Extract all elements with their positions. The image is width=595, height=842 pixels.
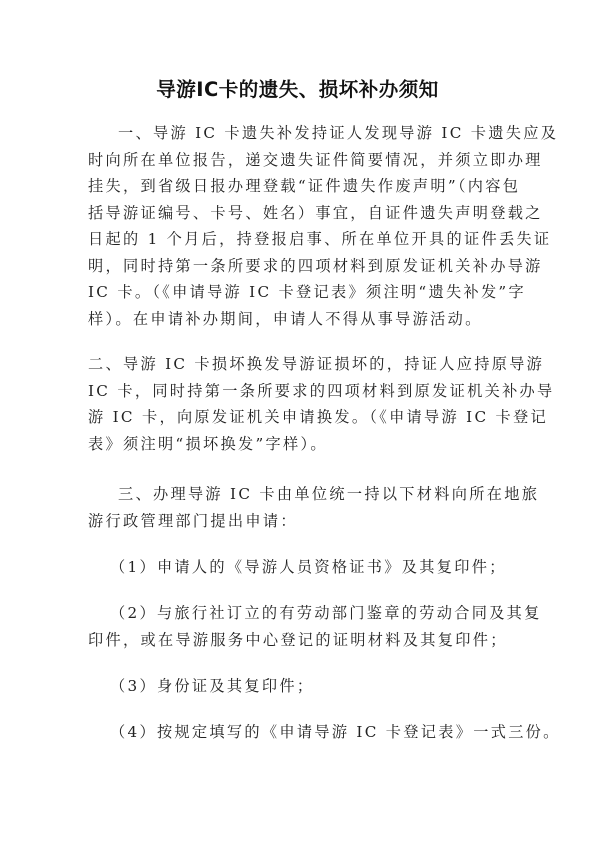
section1-line-6: 明，同时持第一条所要求的四项材料到原发证机关补办导游: [88, 256, 543, 276]
section2-line-3: 游 IC 卡，向原发证机关申请换发。（《申请导游 IC 卡登记: [88, 407, 548, 427]
section1-line-8: 样）。在申请补办期间，申请人不得从事导游活动。: [88, 309, 483, 329]
requirement-item-2-line-2: 印件，或在导游服务中心登记的证明材料及其复印件；: [88, 630, 508, 650]
section2-line-2: IC 卡，同时持第一条所要求的四项材料到原发证机关补办导: [88, 381, 555, 401]
requirement-item-3: （3）身份证及其复印件；: [110, 676, 314, 696]
section2-line-4: 表》须注明“损坏换发”字样）。: [88, 434, 328, 454]
requirement-item-4: （4）按规定填写的《申请导游 IC 卡登记表》一式三份。: [110, 722, 561, 742]
section1-line-2: 时向所在单位报告，递交遗失证件简要情况，并须立即办理: [88, 150, 543, 170]
section3-line-2: 游行政管理部门提出申请：: [88, 511, 298, 531]
section1-line-4: 括导游证编号、卡号、姓名）事宜，自证件遗失声明登载之: [88, 203, 543, 223]
document-title: 导游IC卡的遗失、损坏补办须知: [0, 74, 595, 102]
section1-line-7: IC 卡。（《申请导游 IC 卡登记表》须注明“遗失补发”字: [88, 282, 526, 302]
requirement-item-1: （1）申请人的《导游人员资格证书》及其复印件；: [110, 557, 507, 577]
requirement-item-2-line-1: （2）与旅行社订立的有劳动部门鉴章的劳动合同及其复: [110, 603, 542, 623]
section1-line-5: 日起的 1 个月后，持登报启事、所在单位开具的证件丢失证: [88, 229, 551, 249]
section1-line-3: 挂失，到省级日报办理登载“证件遗失作废声明”（内容包: [88, 176, 520, 196]
section3-line-1: 三、办理导游 IC 卡由单位统一持以下材料向所在地旅: [118, 484, 539, 504]
section2-line-1: 二、导游 IC 卡损坏换发导游证损坏的，持证人应持原导游: [88, 354, 544, 374]
section1-line-1: 一、导游 IC 卡遗失补发持证人发现导游 IC 卡遗失应及: [118, 123, 558, 143]
